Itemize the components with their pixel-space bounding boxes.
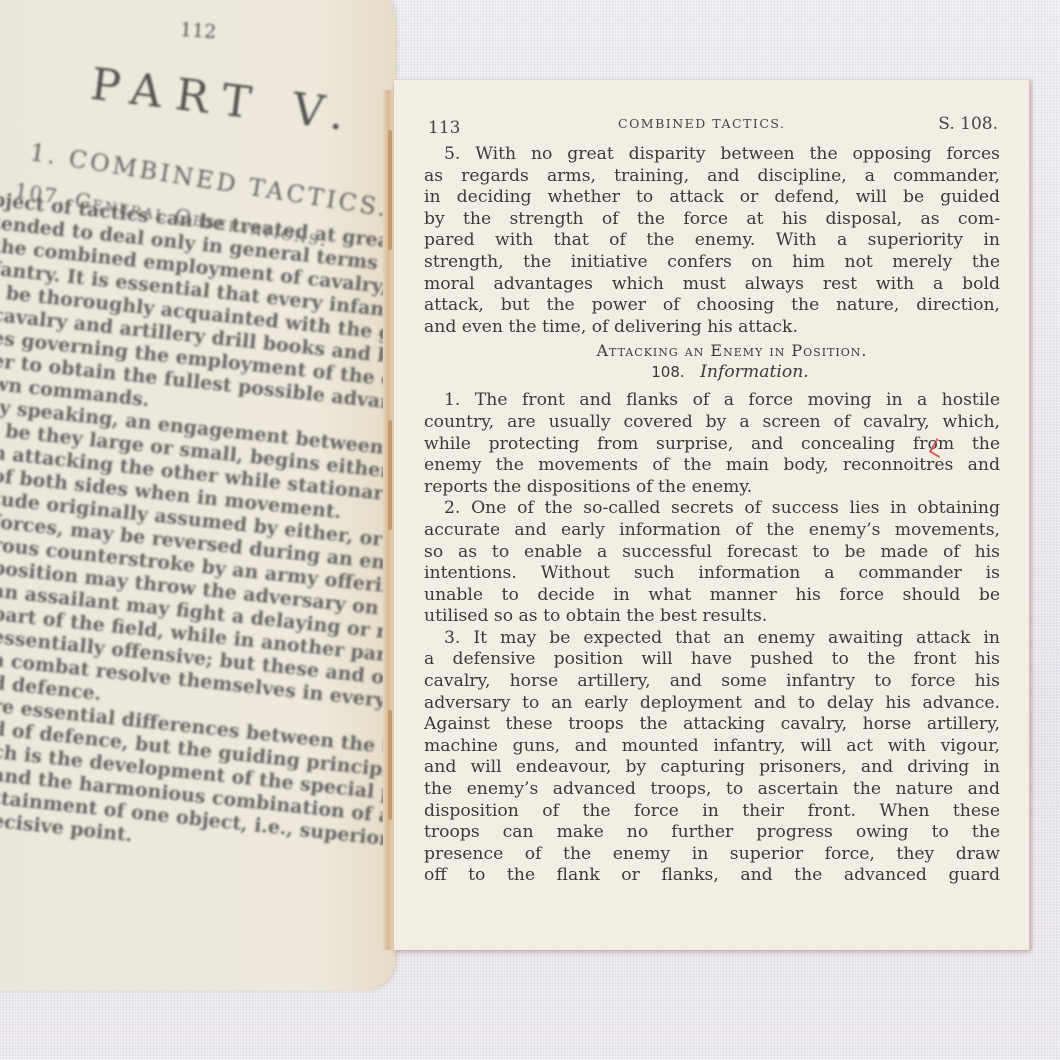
text-line: in deciding whether to attack or defend,…	[424, 187, 1000, 209]
section-reference: S. 108.	[938, 114, 998, 134]
left-page-body: bject of tactics can be treated at great…	[0, 230, 385, 874]
text-line: off to the flank or flanks, and the adva…	[424, 865, 1000, 887]
binding-thread	[388, 420, 392, 530]
right-page-body: 5. With no great disparity between the o…	[424, 144, 1000, 887]
text-line: utilised so as to obtain the best result…	[424, 606, 1000, 628]
subsection-title: Information.	[700, 362, 809, 382]
text-line: and even the time, of delivering his att…	[424, 317, 1000, 339]
text-line: cavalry, horse artillery, and some infan…	[424, 671, 1000, 693]
binding-thread	[388, 710, 392, 820]
text-line: machine guns, and mounted infantry, will…	[424, 736, 1000, 758]
text-line: Against these troops the attacking caval…	[424, 714, 1000, 736]
text-line: country, are usually covered by a screen…	[424, 412, 1000, 434]
running-header: 113 COMBINED TACTICS. S. 108.	[428, 116, 998, 140]
subsection-number: 108.	[651, 363, 684, 381]
text-line: a defensive position will have pushed to…	[424, 649, 1000, 671]
text-line: enemy the movements of the main body, re…	[424, 455, 1000, 477]
right-page: 113 COMBINED TACTICS. S. 108. 5. With no…	[394, 80, 1030, 950]
text-line: by the strength of the force at his disp…	[424, 209, 1000, 231]
text-line: as regards arms, training, and disciplin…	[424, 166, 1000, 188]
text-line: unable to decide in what manner his forc…	[424, 585, 1000, 607]
subsection-heading: 108. Information.	[424, 362, 1000, 384]
part-title: PART V.	[88, 59, 361, 142]
text-line: disposition of the force in their front.…	[424, 801, 1000, 823]
right-page-number: 113	[428, 118, 460, 138]
text-line: and will endeavour, by capturing prisone…	[424, 757, 1000, 779]
text-line: intentions. Without such information a c…	[424, 563, 1000, 585]
text-line: moral advantages which must always rest …	[424, 274, 1000, 296]
text-line: adversary to an early deployment and to …	[424, 693, 1000, 715]
text-line: so as to enable a successful forecast to…	[424, 542, 1000, 564]
text-line: 1. The front and flanks of a force movin…	[424, 390, 1000, 412]
text-line: 5. With no great disparity between the o…	[424, 144, 1000, 166]
text-line: 2. One of the so-called secrets of succe…	[424, 498, 1000, 520]
text-line: reports the dispositions of the enemy.	[424, 477, 1000, 499]
binding-thread	[388, 130, 392, 250]
text-line: presence of the enemy in superior force,…	[424, 844, 1000, 866]
left-page-number: 112	[179, 19, 217, 43]
text-line: strength, the initiative confers on him …	[424, 252, 1000, 274]
text-line: the enemy’s advanced troops, to ascertai…	[424, 779, 1000, 801]
running-head: COMBINED TACTICS.	[618, 116, 785, 131]
text-line: 3. It may be expected that an enemy awai…	[424, 628, 1000, 650]
text-line: accurate and early information of the en…	[424, 520, 1000, 542]
text-line: troops can make no further progress owin…	[424, 822, 1000, 844]
left-page: 112 PART V. 1. COMBINED TACTICS. 107. Ge…	[0, 0, 395, 990]
section-heading: Attacking an Enemy in Position.	[424, 338, 1000, 362]
text-line: attack, but the power of choosing the na…	[424, 295, 1000, 317]
text-line: pared with that of the enemy. With a sup…	[424, 230, 1000, 252]
text-line: while protecting from surprise, and conc…	[424, 434, 1000, 456]
